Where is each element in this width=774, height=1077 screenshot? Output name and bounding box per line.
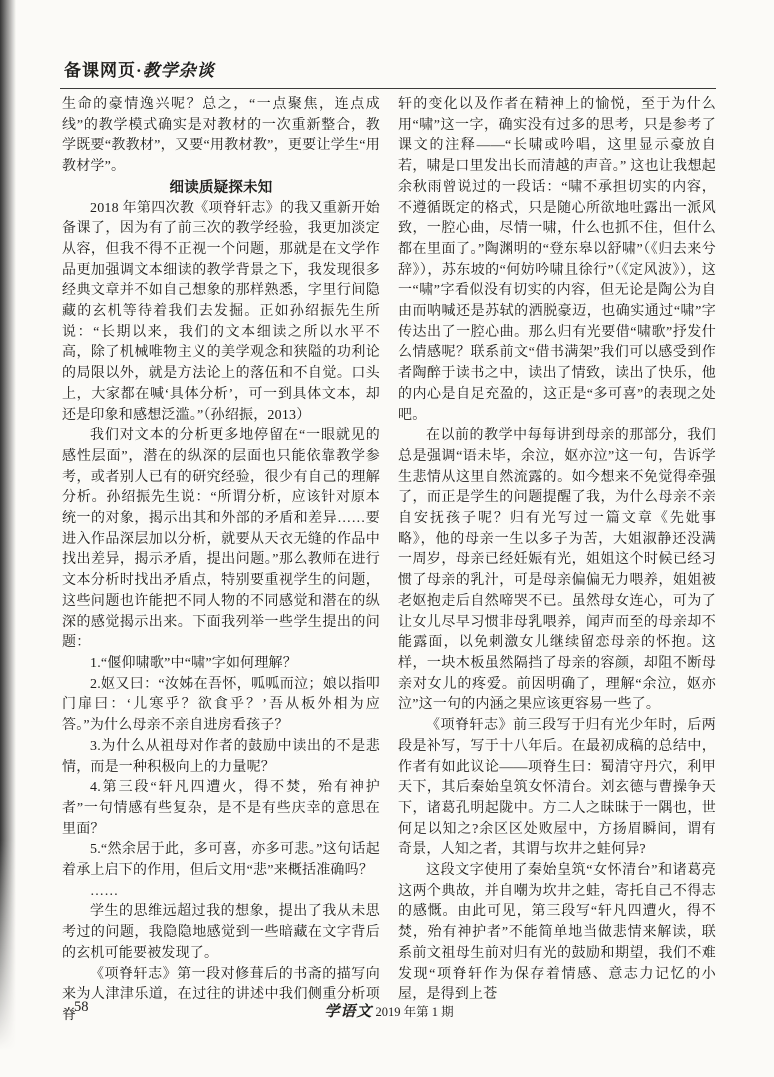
journal-name: 学语文 — [324, 1004, 372, 1020]
section-heading: 细读质疑探未知 — [62, 178, 380, 199]
paragraph: 4.第三段“轩凡四遭火，得不焚，殆有神护者”一句情感有些复杂，是不是有些庆幸的意… — [62, 778, 380, 840]
paragraph: 2018 年第四次教《项脊轩志》的我又重新开始备课了，因为有了前三次的教学经验，… — [62, 199, 380, 427]
paragraph: 生命的豪情逸兴呢？总之，“一点聚焦，连点成线”的教学模式确实是对教材的一次重新整… — [62, 95, 380, 178]
header-divider-rule — [60, 88, 716, 89]
header-separator-dot: · — [136, 61, 143, 80]
paragraph: 5.“然余居于此，多可喜，亦多可悲。”这句话起着承上启下的作用，但后文用“悲”来… — [62, 840, 380, 881]
paragraph: …… — [62, 882, 380, 903]
paragraph: 学生的思维远超过我的想象，提出了我从未思考过的问题，我隐隐地感觉到一些暗藏在文字… — [62, 902, 380, 964]
paragraph: 3.为什么从祖母对作者的鼓励中读出的不是悲情，而是一种积极向上的力量呢？ — [62, 737, 380, 778]
scanned-journal-page: 备课网页·教学杂谈 生命的豪情逸兴呢？总之，“一点聚焦，连点成线”的教学模式确实… — [0, 0, 774, 1077]
running-header: 备课网页·教学杂谈 — [64, 56, 215, 81]
column-section-label: 备课网页 — [64, 61, 136, 80]
spine-scan-shadow — [0, 0, 16, 1050]
right-text-column: 轩的变化以及作者在精神上的愉悦，至于为什么用“啸”这一字，确实没有过多的思考，只… — [398, 95, 716, 1027]
paragraph: 1.“偃仰啸歌”中“啸”字如何理解？ — [62, 654, 380, 675]
journal-issue: 2019 年第 1 期 — [376, 1005, 454, 1019]
paragraph: 我们对文本的分析更多地停留在“一眼就见的感性层面”，潜在的纵深的层面也只能依靠教… — [62, 426, 380, 654]
left-text-column: 生命的豪情逸兴呢？总之，“一点聚焦，连点成线”的教学模式确实是对教材的一次重新整… — [62, 95, 380, 1027]
paragraph: 2.妪又曰：“汝姊在吾怀，呱呱而泣；娘以指叩门扉曰：‘儿寒乎？欲食乎？’吾从板外… — [62, 675, 380, 737]
paragraph: 这段文字使用了秦始皇筑“女怀清台”和诸葛亮这两个典故，并自嘲为坎井之蛙，寄托自己… — [398, 861, 716, 1006]
paragraph: 《项脊轩志》前三段写于归有光少年时，后两段是补写，写于十八年后。在最初成稿的总结… — [398, 716, 716, 861]
paragraph: 在以前的教学中每每讲到母亲的那部分，我们总是强调“语未毕，余泣，妪亦泣”这一句，… — [398, 426, 716, 716]
article-body: 生命的豪情逸兴呢？总之，“一点聚焦，连点成线”的教学模式确实是对教材的一次重新整… — [62, 95, 716, 1027]
column-subsection-label: 教学杂谈 — [143, 61, 215, 80]
journal-footer: 学语文 2019 年第 1 期 — [62, 1000, 716, 1021]
paragraph: 轩的变化以及作者在精神上的愉悦，至于为什么用“啸”这一字，确实没有过多的思考，只… — [398, 95, 716, 426]
